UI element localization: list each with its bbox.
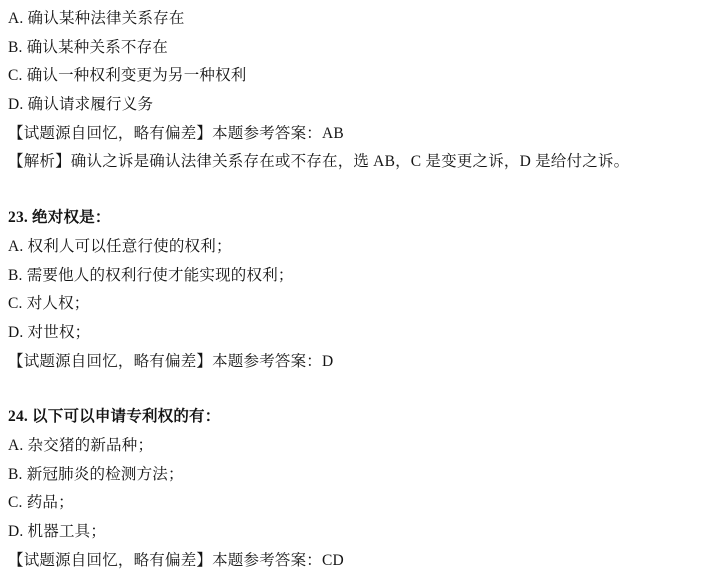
option-d-line: D. 对世权；	[8, 319, 705, 348]
option-a-line: A. 确认某种法律关系存在	[8, 5, 705, 34]
reference-answer-line: 【试题源自回忆，略有偏差】本题参考答案：AB	[8, 120, 705, 149]
option-c-line: C. 对人权；	[8, 290, 705, 319]
option-c-line: C. 药品；	[8, 489, 705, 518]
analysis-line: 【解析】确认之诉是确认法律关系存在或不存在，选 AB，C 是变更之诉，D 是给付…	[8, 148, 705, 177]
option-d-line: D. 机器工具；	[8, 518, 705, 547]
option-a-line: A. 杂交猪的新品种；	[8, 432, 705, 461]
option-c-line: C. 确认一种权利变更为另一种权利	[8, 62, 705, 91]
option-b-line: B. 需要他人的权利行使才能实现的权利；	[8, 262, 705, 291]
question-23-block: 23. 绝对权是： A. 权利人可以任意行使的权利； B. 需要他人的权利行使才…	[8, 204, 705, 376]
question-23-title: 23. 绝对权是：	[8, 204, 705, 233]
option-d-line: D. 确认请求履行义务	[8, 91, 705, 120]
question-22-block: A. 确认某种法律关系存在 B. 确认某种关系不存在 C. 确认一种权利变更为另…	[8, 5, 705, 177]
reference-answer-line: 【试题源自回忆，略有偏差】本题参考答案：CD	[8, 547, 705, 576]
document-page: A. 确认某种法律关系存在 B. 确认某种关系不存在 C. 确认一种权利变更为另…	[0, 0, 713, 588]
reference-answer-line: 【试题源自回忆，略有偏差】本题参考答案：D	[8, 348, 705, 377]
option-a-line: A. 权利人可以任意行使的权利；	[8, 233, 705, 262]
question-24-title: 24. 以下可以申请专利权的有：	[8, 403, 705, 432]
question-24-block: 24. 以下可以申请专利权的有： A. 杂交猪的新品种； B. 新冠肺炎的检测方…	[8, 403, 705, 575]
option-b-line: B. 确认某种关系不存在	[8, 34, 705, 63]
option-b-line: B. 新冠肺炎的检测方法；	[8, 461, 705, 490]
